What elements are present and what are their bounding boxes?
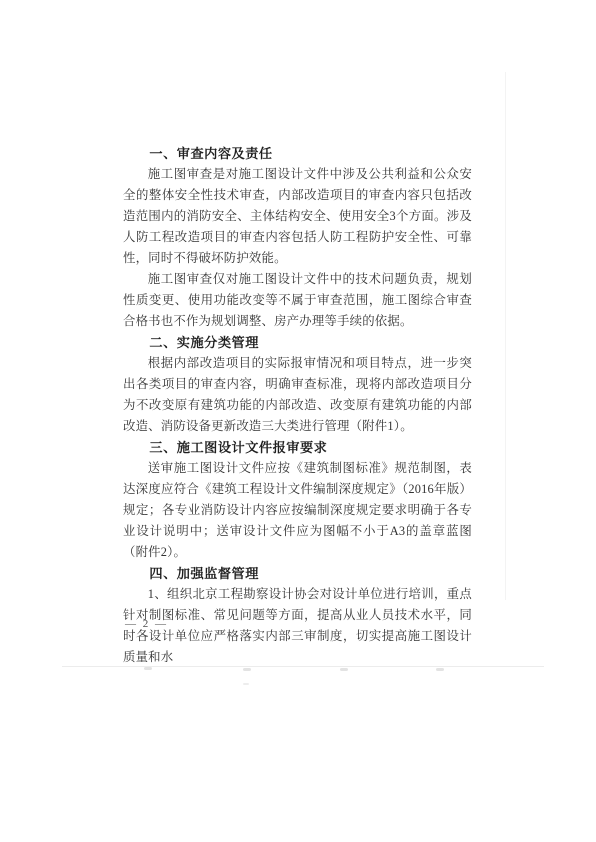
page-number: — 2 — <box>125 618 168 630</box>
scan-artifact-smudge <box>340 668 348 671</box>
scan-artifact-smudge <box>144 667 152 670</box>
document-text-block: 一、审查内容及责任 施工图审查是对施工图设计文件中涉及公共利益和公众安全的整体安… <box>123 143 472 668</box>
scan-artifact-smudge <box>243 683 249 685</box>
section-heading-submission-requirements: 三、施工图设计文件报审要求 <box>123 437 472 458</box>
section-heading-review-content: 一、审查内容及责任 <box>123 143 472 164</box>
scan-artifact-smudge <box>436 668 444 671</box>
paragraph: 根据内部改造项目的实际报审情况和项目特点，进一步突出各类项目的审查内容，明确审查… <box>123 353 472 437</box>
paragraph: 施工图审查仅对施工图设计文件中的技术问题负责，规划性质变更、使用功能改变等不属于… <box>123 269 472 332</box>
paragraph: 施工图审查是对施工图设计文件中涉及公共利益和公众安全的整体安全性技术审查，内部改… <box>123 164 472 269</box>
scanned-document-page: 一、审查内容及责任 施工图审查是对施工图设计文件中涉及公共利益和公众安全的整体安… <box>0 0 596 842</box>
scan-artifact-vertical-line <box>505 72 506 600</box>
paragraph: 送审施工图设计文件应按《建筑制图标准》规范制图，表达深度应符合《建筑工程设计文件… <box>123 458 472 563</box>
section-heading-classified-management: 二、实施分类管理 <box>123 332 472 353</box>
scan-artifact-horizontal-line <box>62 666 544 667</box>
scan-artifact-smudge <box>243 668 251 671</box>
paragraph: 1、组织北京工程勘察设计协会对设计单位进行培训，重点针对制图标准、常见问题等方面… <box>123 584 472 668</box>
section-heading-strengthen-supervision: 四、加强监督管理 <box>123 563 472 584</box>
